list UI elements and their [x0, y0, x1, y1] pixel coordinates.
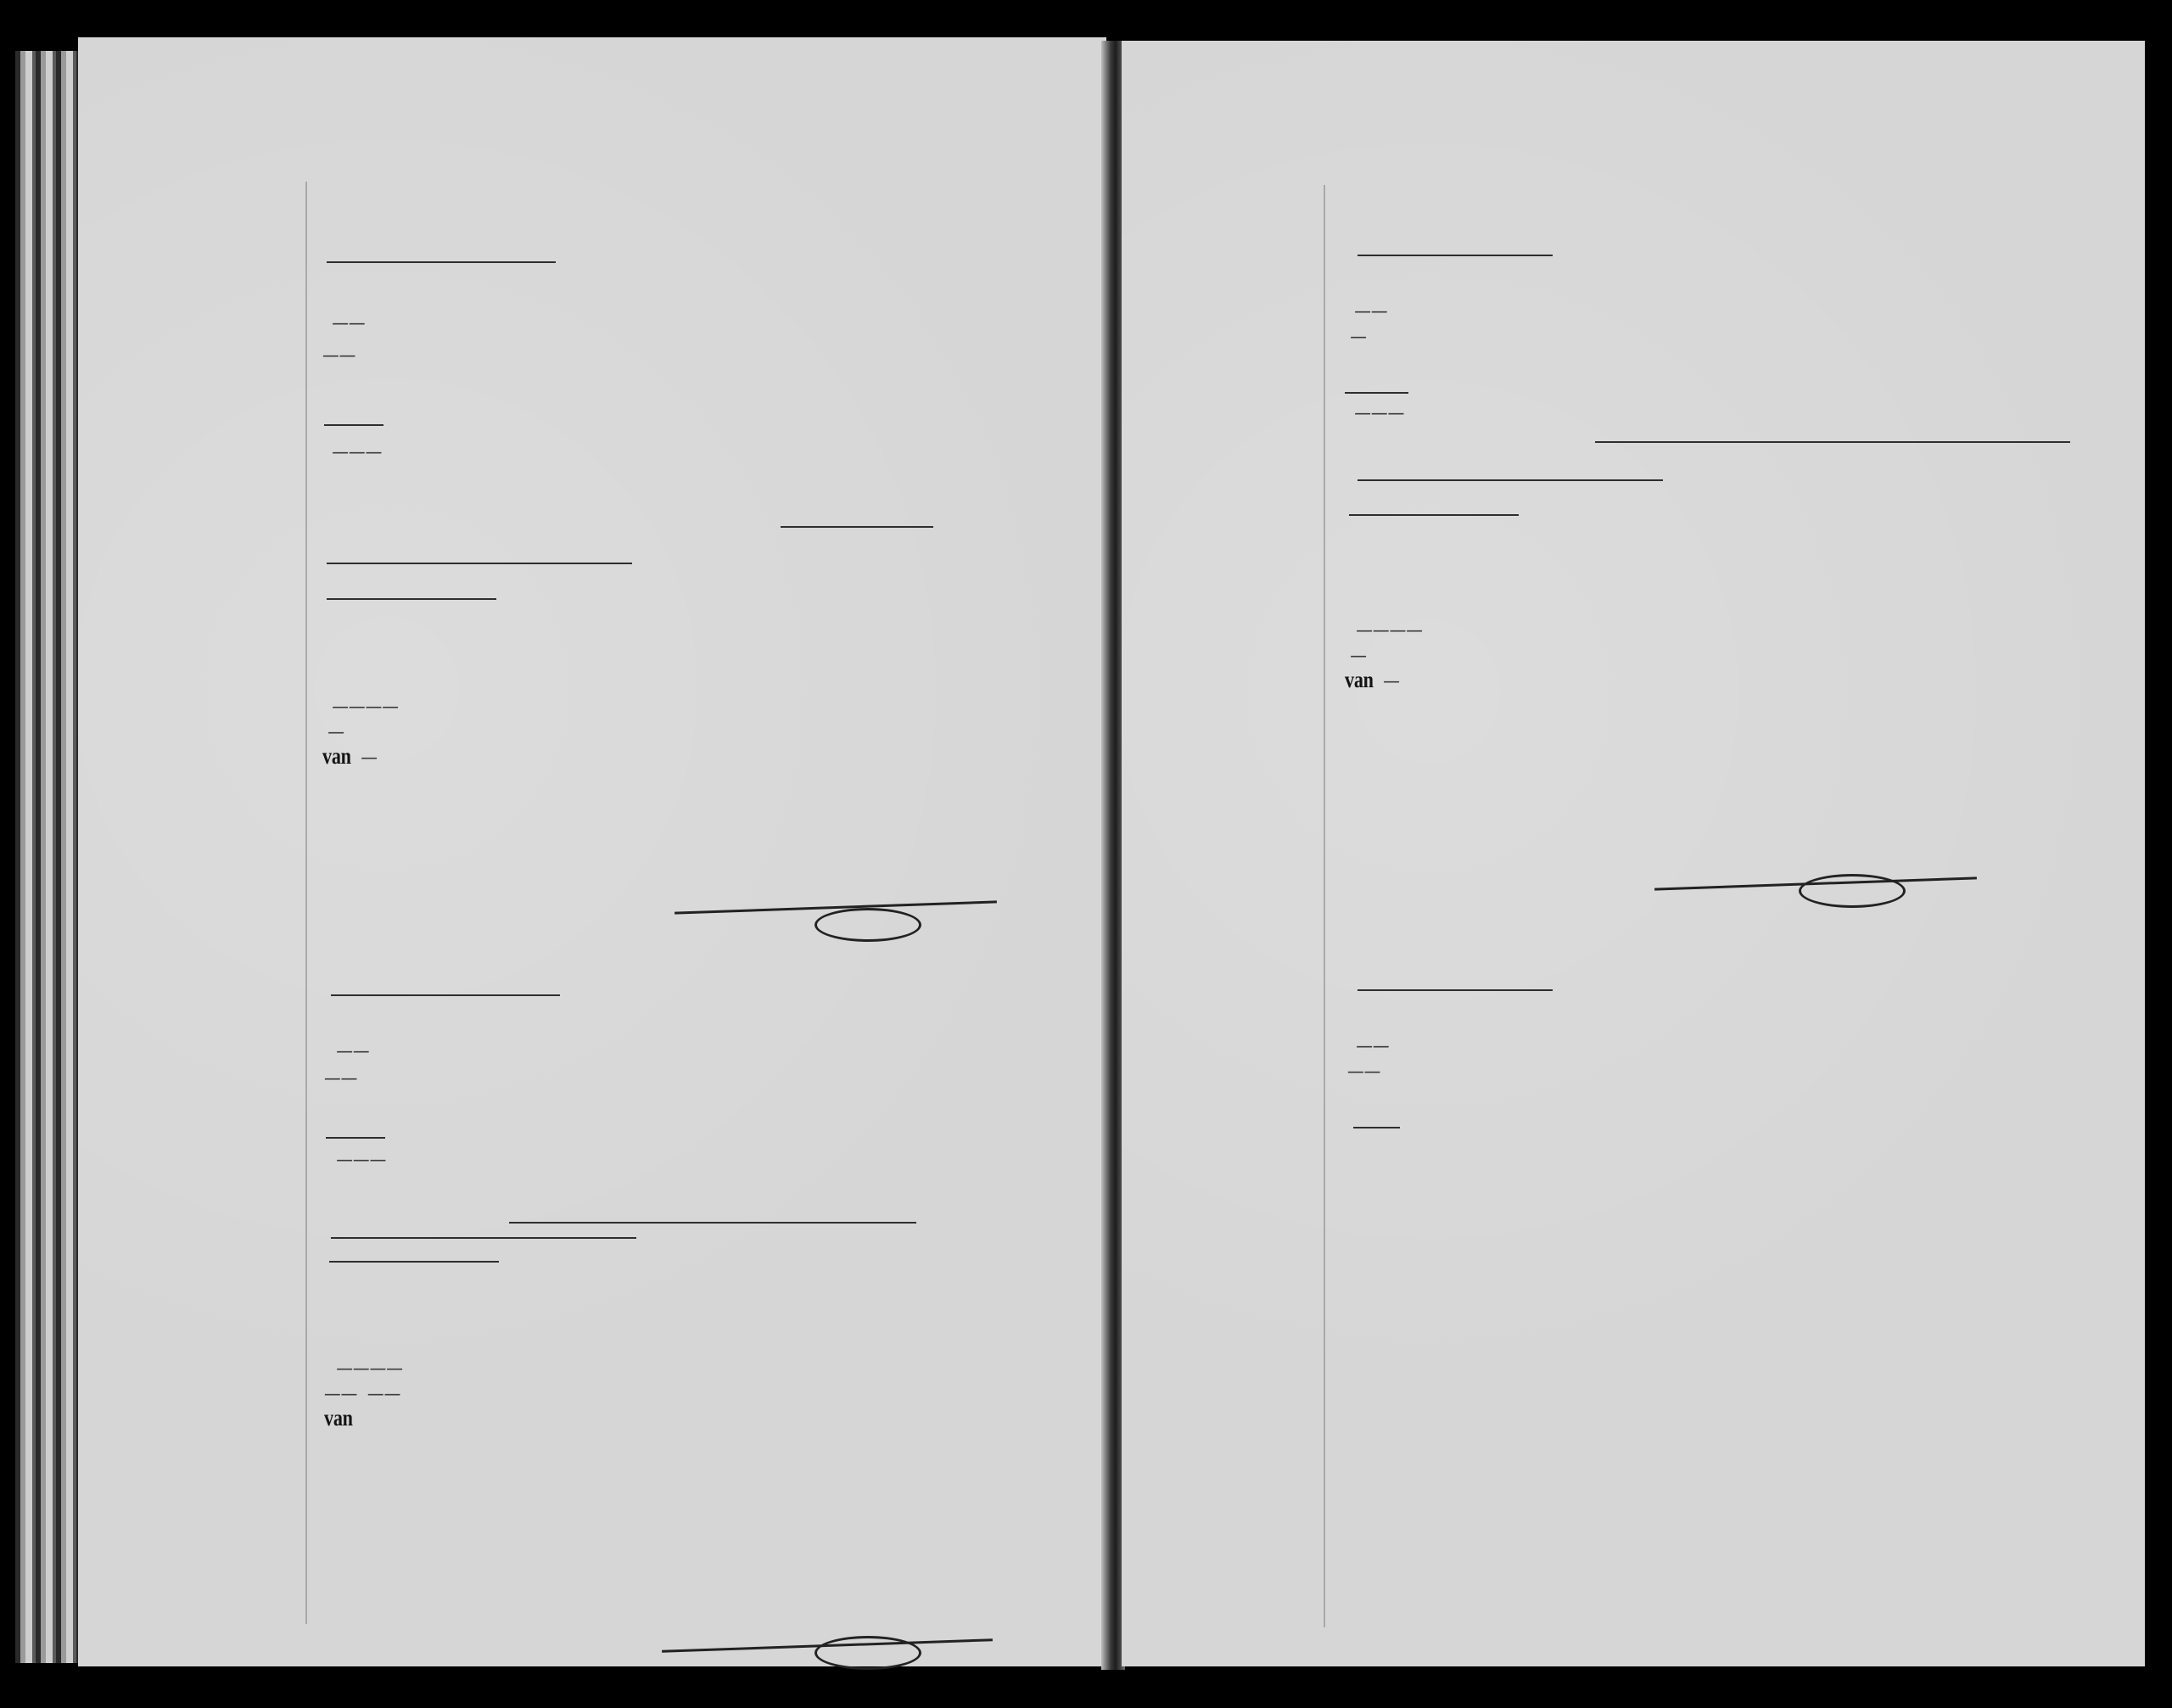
fill-line	[1357, 479, 1663, 481]
fill-line	[781, 526, 933, 528]
printed-text: van	[324, 1405, 353, 1431]
book-page-edges	[15, 51, 81, 1663]
fill-line	[329, 1261, 499, 1263]
fill-line	[327, 563, 632, 564]
fill-line	[1353, 1127, 1400, 1128]
fill-line	[327, 261, 556, 263]
printed-text: van	[1345, 667, 1374, 692]
margin-rule	[305, 182, 307, 1624]
fill-line	[1357, 255, 1553, 256]
fill-line	[1349, 514, 1519, 516]
printed-text: van	[322, 743, 351, 769]
fill-line	[1357, 989, 1553, 991]
fill-line	[1345, 392, 1408, 394]
margin-rule	[1324, 185, 1325, 1627]
fill-line	[331, 1237, 636, 1239]
fill-line	[331, 994, 560, 996]
right-page	[1122, 41, 2145, 1666]
fill-line	[1595, 441, 2070, 443]
fill-line	[326, 1137, 385, 1139]
signature-flourish	[814, 1636, 921, 1670]
fill-line	[324, 424, 383, 426]
fill-line	[327, 598, 496, 600]
left-page	[78, 37, 1106, 1666]
fill-line	[509, 1222, 916, 1224]
signature-flourish	[1799, 874, 1906, 908]
signature-flourish	[814, 908, 921, 942]
